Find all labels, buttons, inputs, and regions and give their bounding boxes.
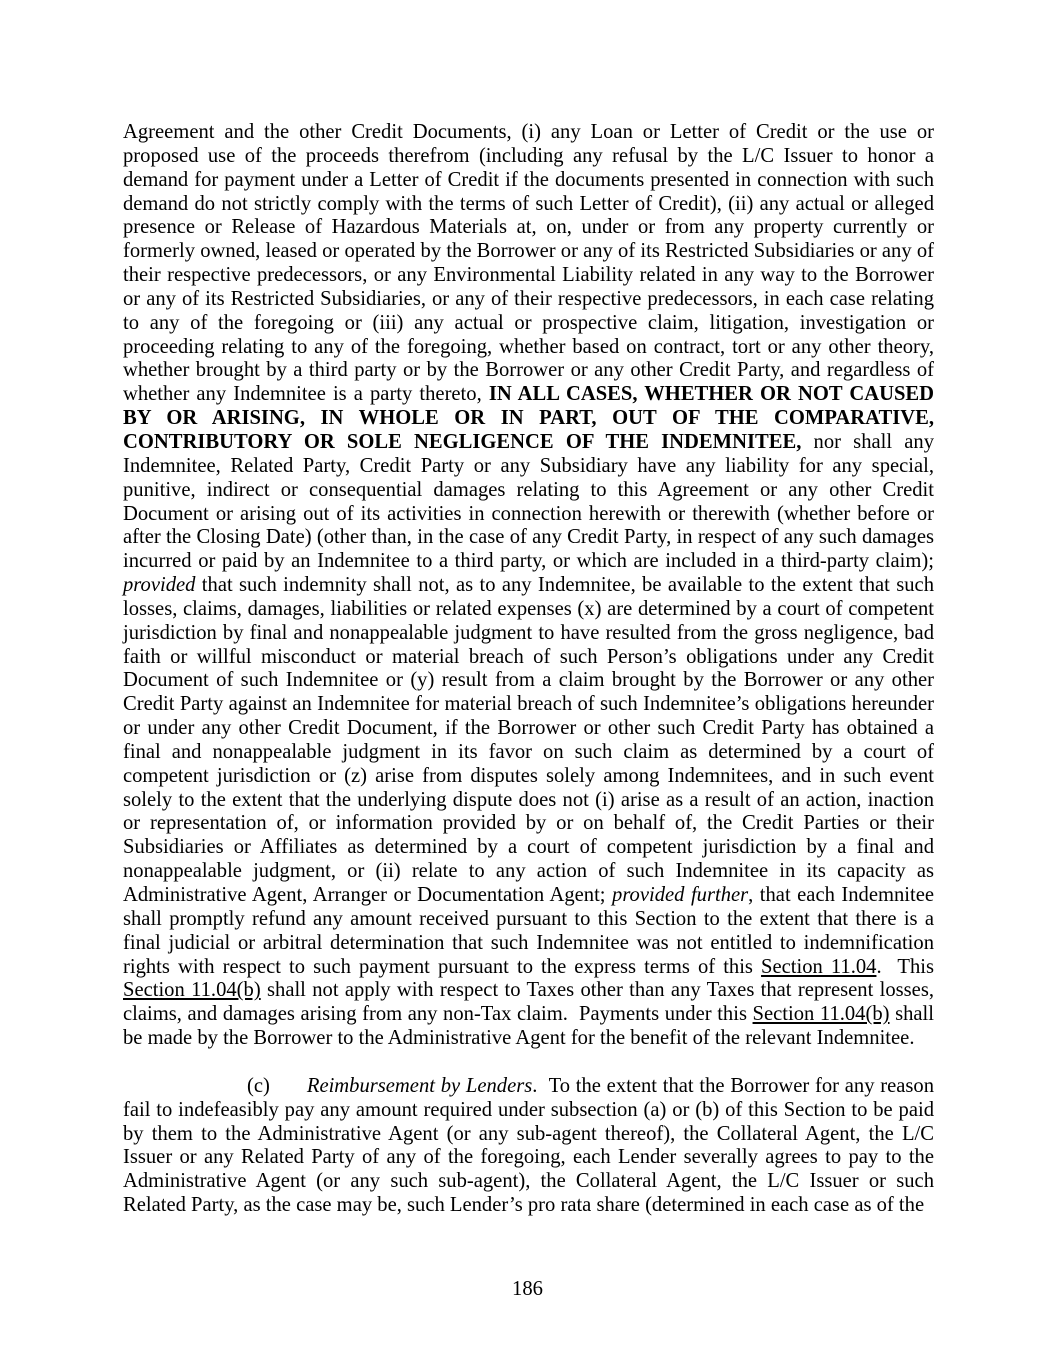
subsection-label: (c) (247, 1075, 270, 1097)
paragraph-reimbursement-by-lenders: (c)Reimbursement by Lenders. To the exte… (123, 1075, 934, 1218)
proviso-further-italic-text: provided further (612, 884, 748, 906)
text-run: that such indemnity shall not, as to any… (123, 574, 934, 906)
page-body: Agreement and the other Credit Documents… (123, 121, 934, 1218)
section-ref-11-04b: Section 11.04(b) (123, 979, 261, 1001)
section-ref-11-04: Section 11.04 (761, 956, 876, 978)
text-run: . This (876, 956, 934, 978)
subsection-heading: Reimbursement by Lenders (307, 1075, 532, 1097)
page-number: 186 (0, 1278, 1055, 1302)
text-run: Agreement and the other Credit Documents… (123, 121, 934, 405)
paragraph-indemnification-continuation: Agreement and the other Credit Documents… (123, 121, 934, 1051)
document-page: Agreement and the other Credit Documents… (0, 0, 1055, 1365)
proviso-italic-text: provided (123, 574, 195, 596)
section-ref-11-04b: Section 11.04(b) (753, 1003, 890, 1025)
